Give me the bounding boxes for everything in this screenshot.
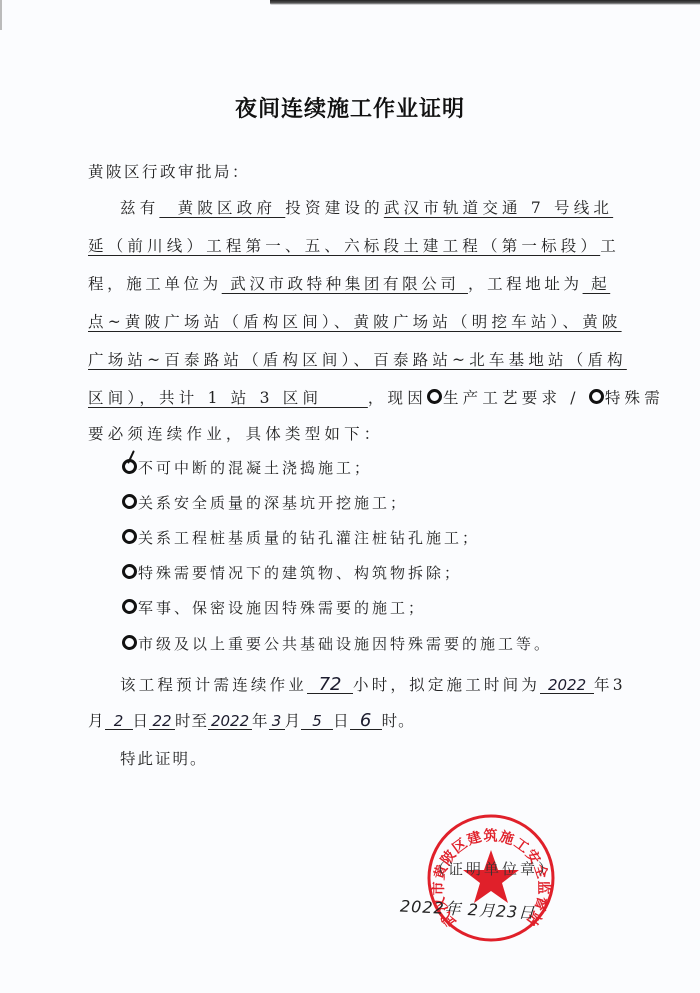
reason-checkbox-process[interactable] xyxy=(427,389,442,404)
start-month: 3 xyxy=(613,676,626,694)
reason-checkbox-special[interactable] xyxy=(589,389,604,404)
project-name-part2: 延（前川线）工程第一、五、六标段土建工程（第一标段） xyxy=(88,237,600,255)
work-type-label: 不可中断的混凝土浇捣施工； xyxy=(138,459,372,477)
start-hour-field[interactable]: 22 xyxy=(149,713,175,730)
end-month-field[interactable]: 3 xyxy=(269,713,285,730)
intro-prefix: 兹有 xyxy=(120,199,159,217)
closing-statement: 特此证明。 xyxy=(120,747,208,769)
contractor-field: 武汉市政特种集团有限公司 xyxy=(222,275,468,293)
end-hour-field[interactable]: 6 xyxy=(350,713,382,730)
paragraph-line-2: 延（前川线）工程第一、五、六标段土建工程（第一标段）工 xyxy=(88,234,620,256)
work-type-item[interactable]: 关系安全质量的深基坑开挖施工； xyxy=(122,492,408,513)
duration-prefix: 该工程预计需连续作业 xyxy=(120,676,307,694)
hours-suffix: 小时，拟定施工时间为 xyxy=(353,676,540,694)
work-type-label: 市级及以上重要公共基础设施因特殊需要的施工等。 xyxy=(138,635,552,653)
scan-edge-shadow xyxy=(270,0,700,5)
day-char: 日 xyxy=(333,712,350,730)
hours-field[interactable]: 72 xyxy=(307,677,353,694)
work-type-item[interactable]: 市级及以上重要公共基础设施因特殊需要的施工等。 xyxy=(122,633,552,654)
address-line-6: 区间），共计 1 站 3 区间 xyxy=(88,389,368,407)
start-year-field[interactable]: 2022 xyxy=(540,677,594,694)
checkbox-icon[interactable] xyxy=(122,529,137,544)
hour-char: 时至 xyxy=(175,712,208,730)
paragraph-line-1: 兹有 黄陂区政府 投资建设的武汉市轨道交通 7 号线北 xyxy=(120,196,613,218)
seal-caption: （证明单位章） xyxy=(430,858,556,879)
work-type-label: 特殊需要情况下的建筑物、构筑物拆除； xyxy=(138,564,462,582)
day-char: 日 xyxy=(133,712,150,730)
month-char: 月 xyxy=(285,712,302,730)
work-type-item[interactable]: 不可中断的混凝土浇捣施工； xyxy=(122,457,372,478)
reason-option-special: 特殊需 xyxy=(605,389,664,407)
end-day-field[interactable]: 5 xyxy=(301,713,333,730)
address-field-start: 起 xyxy=(583,275,611,293)
line3-prefix: 程，施工单位为 xyxy=(88,275,222,293)
scan-left-edge xyxy=(0,0,2,30)
duration-line-1: 该工程预计需连续作业72小时，拟定施工时间为2022年3 xyxy=(120,673,626,695)
work-type-item[interactable]: 关系工程桩基质量的钻孔灌注桩钻孔施工； xyxy=(122,527,480,548)
checkbox-icon[interactable] xyxy=(122,494,137,509)
reason-option-process: 生产工艺要求 / xyxy=(443,389,589,407)
work-type-label: 关系安全质量的深基坑开挖施工； xyxy=(138,494,408,512)
checkbox-icon[interactable] xyxy=(122,599,137,614)
document-title: 夜间连续施工作业证明 xyxy=(0,92,700,123)
project-name-part1: 武汉市轨道交通 7 号线北 xyxy=(384,199,613,217)
month-char: 月 xyxy=(88,712,105,730)
work-type-item[interactable]: 特殊需要情况下的建筑物、构筑物拆除； xyxy=(122,562,462,583)
work-type-label: 关系工程桩基质量的钻孔灌注桩钻孔施工； xyxy=(138,529,480,547)
line6-tail: ，现因 xyxy=(368,389,427,407)
year-char: 年 xyxy=(252,712,269,730)
year-char: 年 xyxy=(594,676,613,694)
addressee: 黄陂区行政审批局： xyxy=(88,160,250,182)
paragraph-line-6: 区间），共计 1 站 3 区间 ，现因生产工艺要求 / 特殊需 xyxy=(88,386,664,408)
paragraph-line-3: 程，施工单位为 武汉市政特种集团有限公司 ，工程地址为 起 xyxy=(88,272,610,294)
checkbox-checked-icon[interactable] xyxy=(122,459,137,474)
checkbox-icon[interactable] xyxy=(122,564,137,579)
duration-line-2: 月2日22时至2022年3月5日6时。 xyxy=(88,709,415,731)
address-line-5: 广场站~百泰路站（盾构区间）、百泰路站~北车基地站（盾构 xyxy=(88,348,627,370)
paragraph-line-7: 要必须连续作业，具体类型如下： xyxy=(88,422,384,444)
line2-tail: 工 xyxy=(600,237,620,255)
address-line-4: 点~黄陂广场站（盾构区间）、黄陂广场站（明挖车站）、黄陂 xyxy=(88,310,622,332)
intro-mid: 投资建设的 xyxy=(285,199,384,217)
end-suffix: 时。 xyxy=(382,712,415,730)
line3-mid: ，工程地址为 xyxy=(468,275,583,293)
investor-field: 黄陂区政府 xyxy=(159,199,285,217)
checkbox-icon[interactable] xyxy=(122,635,137,650)
work-type-item[interactable]: 军事、保密设施因特殊需要的施工； xyxy=(122,597,426,618)
work-type-label: 军事、保密设施因特殊需要的施工； xyxy=(138,599,426,617)
end-year-field[interactable]: 2022 xyxy=(208,713,252,730)
start-day-field[interactable]: 2 xyxy=(105,713,133,730)
